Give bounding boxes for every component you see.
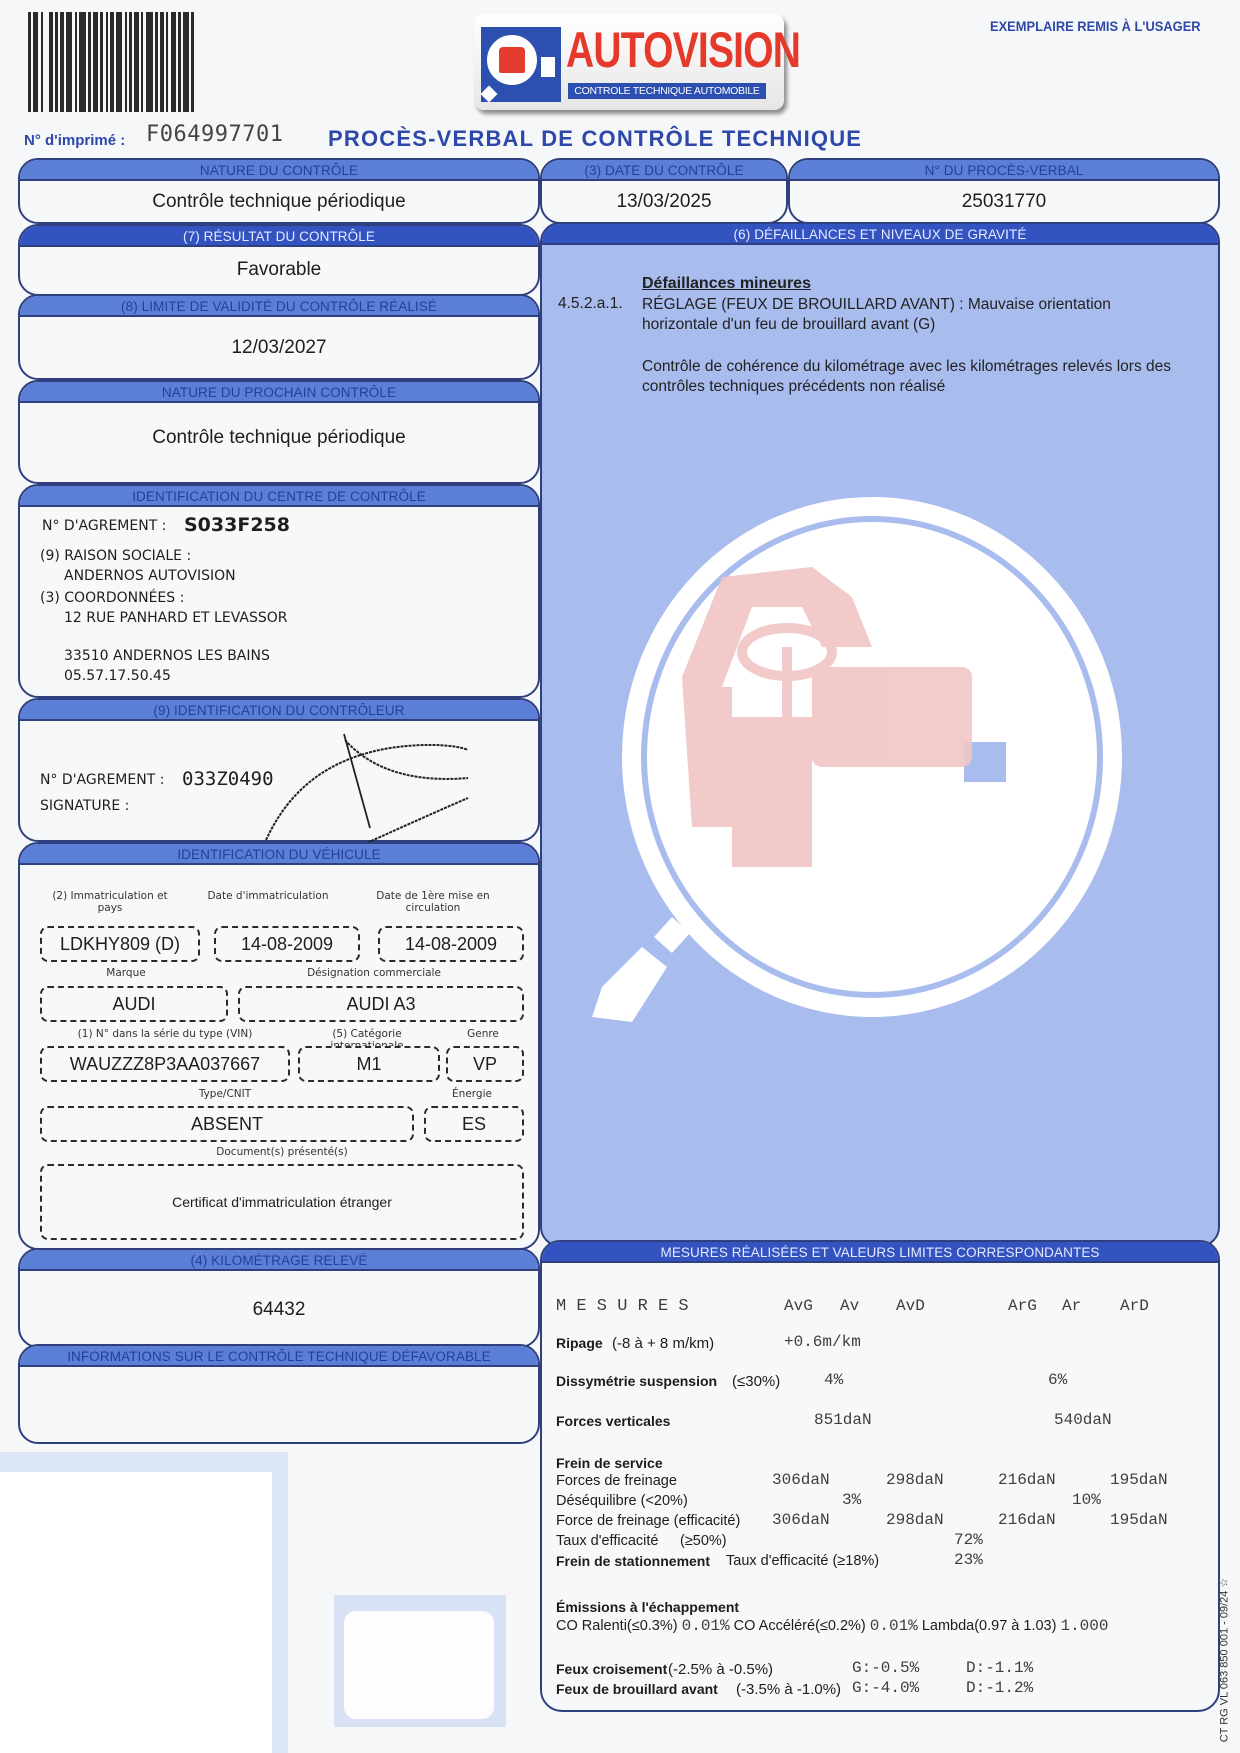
desequilibre-ar: 10% bbox=[1072, 1491, 1101, 1509]
documents-label: Document(s) présenté(s) bbox=[40, 1146, 524, 1158]
frein-stationnement-taux-label: Taux d'efficacité (≥18%) bbox=[726, 1553, 879, 1569]
defaillances-panel: (6) DÉFAILLANCES ET NIVEAUX DE GRAVITÉ bbox=[540, 222, 1220, 1247]
section-header: MESURES RÉALISÉES ET VALEURS LIMITES COR… bbox=[542, 1242, 1218, 1263]
vin-label: (1) N° dans la série du type (VIN) bbox=[40, 1028, 290, 1040]
feux-croisement-g: G:-0.5% bbox=[852, 1659, 919, 1677]
date-immat-label: Date d'immatriculation bbox=[196, 890, 340, 902]
col-avg: AvG bbox=[784, 1297, 813, 1315]
section-header: (9) IDENTIFICATION DU CONTRÔLEUR bbox=[20, 700, 538, 721]
logo-subtitle: CONTROLE TECHNIQUE AUTOMOBILE bbox=[568, 83, 766, 99]
validite-value: 12/03/2027 bbox=[20, 337, 538, 359]
co-accelere-value: 0.01% bbox=[870, 1617, 918, 1635]
dissymetrie-limit: (≤30%) bbox=[732, 1373, 780, 1390]
marque-label: Marque bbox=[40, 967, 212, 979]
emissions-label: Émissions à l'échappement bbox=[556, 1599, 739, 1615]
frein-stationnement-label: Frein de stationnement bbox=[556, 1553, 710, 1569]
co-ralenti-value: 0.01% bbox=[682, 1617, 730, 1635]
envelope-window-inner bbox=[344, 1611, 494, 1719]
forces-verticales-label: Forces verticales bbox=[556, 1413, 670, 1429]
section-header: NATURE DU CONTRÔLE bbox=[20, 160, 538, 181]
kilometrage-value: 64432 bbox=[20, 1299, 538, 1321]
feux-croisement-label: Feux croisement bbox=[556, 1661, 667, 1677]
vin-field: WAUZZZ8P3AA037667 bbox=[40, 1046, 290, 1082]
prochain-controle-value: Contrôle technique périodique bbox=[20, 427, 538, 449]
vehicule-box: IDENTIFICATION DU VÉHICULE (2) Immatricu… bbox=[18, 842, 540, 1250]
energie-label: Énergie bbox=[420, 1088, 524, 1100]
genre-field: VP bbox=[446, 1046, 524, 1082]
col-ar: Ar bbox=[1062, 1297, 1081, 1315]
numero-pv-value: 25031770 bbox=[790, 191, 1218, 213]
autovision-logo: AUTOVISION CONTROLE TECHNIQUE AUTOMOBILE bbox=[474, 14, 784, 110]
dissymetrie-ar: 6% bbox=[1048, 1371, 1067, 1389]
col-avd: AvD bbox=[896, 1297, 925, 1315]
magnifier-car-watermark-icon bbox=[572, 497, 1212, 1057]
date-controle-value: 13/03/2025 bbox=[542, 191, 786, 213]
section-header: (8) LIMITE DE VALIDITÉ DU CONTRÔLE RÉALI… bbox=[20, 296, 538, 317]
lambda-label: Lambda(0.97 à 1.03) bbox=[922, 1618, 1057, 1634]
co-accelere-label: CO Accéléré(≤0.2%) bbox=[734, 1618, 866, 1634]
section-header: (3) DATE DU CONTRÔLE bbox=[542, 160, 786, 181]
section-header: NATURE DU PROCHAIN CONTRÔLE bbox=[20, 382, 538, 403]
designation-field: AUDI A3 bbox=[238, 986, 524, 1022]
feux-brouillard-limit: (-3.5% à -1.0%) bbox=[736, 1681, 841, 1698]
defects-note: Contrôle de cohérence du kilométrage ave… bbox=[642, 357, 1182, 397]
desequilibre-av: 3% bbox=[842, 1491, 861, 1509]
date-mec-label: Date de 1ère mise en circulation bbox=[366, 890, 500, 914]
raison-sociale-value: ANDERNOS AUTOVISION bbox=[64, 568, 236, 584]
designation-label: Désignation commerciale bbox=[224, 967, 524, 979]
efficacite-force-ard: 195daN bbox=[1110, 1511, 1168, 1529]
genre-label: Genre bbox=[442, 1028, 524, 1040]
address-line2: 33510 ANDERNOS LES BAINS bbox=[64, 648, 270, 664]
force-freinage-avd: 298daN bbox=[886, 1471, 944, 1489]
efficacite-force-avg: 306daN bbox=[772, 1511, 830, 1529]
taux-efficacite-limit: (≥50%) bbox=[680, 1533, 727, 1549]
prochain-controle-box: NATURE DU PROCHAIN CONTRÔLE Contrôle tec… bbox=[18, 380, 540, 484]
feux-croisement-d: D:-1.1% bbox=[966, 1659, 1033, 1677]
energie-field: ES bbox=[424, 1106, 524, 1142]
efficacite-force-avd: 298daN bbox=[886, 1511, 944, 1529]
coordonnees-label: (3) COORDONNÉES : bbox=[40, 590, 184, 606]
dissymetrie-label: Dissymétrie suspension bbox=[556, 1373, 717, 1389]
section-header: (4) KILOMÉTRAGE RELEVÉ bbox=[20, 1250, 538, 1271]
frein-stationnement-value: 23% bbox=[954, 1551, 983, 1569]
col-ard: ArD bbox=[1120, 1297, 1149, 1315]
cnit-label: Type/CNIT bbox=[40, 1088, 410, 1100]
documents-field: Certificat d'immatriculation étranger bbox=[40, 1164, 524, 1240]
kilometrage-box: (4) KILOMÉTRAGE RELEVÉ 64432 bbox=[18, 1248, 540, 1348]
feux-brouillard-g: G:-4.0% bbox=[852, 1679, 919, 1697]
forces-verticales-av: 851daN bbox=[814, 1411, 872, 1429]
address-line1: 12 RUE PANHARD ET LEVASSOR bbox=[64, 610, 287, 626]
mesures-heading: M E S U R E S bbox=[556, 1297, 689, 1316]
section-header: (7) RÉSULTAT DU CONTRÔLE bbox=[20, 226, 538, 247]
categorie-field: M1 bbox=[298, 1046, 440, 1082]
immat-field: LDKHY809 (D) bbox=[40, 926, 200, 962]
taux-efficacite-label: Taux d'efficacité bbox=[556, 1533, 658, 1549]
defavorable-box: INFORMATIONS SUR LE CONTRÔLE TECHNIQUE D… bbox=[18, 1344, 540, 1444]
stamp-area bbox=[0, 1452, 288, 1753]
signature-label: SIGNATURE : bbox=[40, 798, 129, 814]
desequilibre-label: Déséquilibre (<20%) bbox=[556, 1493, 688, 1509]
co-ralenti-label: CO Ralenti(≤0.3%) bbox=[556, 1618, 678, 1634]
taux-efficacite-value: 72% bbox=[954, 1531, 983, 1549]
controleur-agrement-label: N° D'AGREMENT : bbox=[40, 772, 164, 788]
envelope-window bbox=[334, 1595, 506, 1727]
date-immat-field: 14-08-2009 bbox=[214, 926, 360, 962]
magnifier-car-icon bbox=[481, 27, 561, 102]
marque-field: AUDI bbox=[40, 986, 228, 1022]
feux-brouillard-d: D:-1.2% bbox=[966, 1679, 1033, 1697]
section-header: IDENTIFICATION DU VÉHICULE bbox=[20, 844, 538, 865]
ripage-label: Ripage bbox=[556, 1335, 603, 1351]
nature-controle-value: Contrôle technique périodique bbox=[20, 191, 538, 213]
defect-code: 4.5.2.a.1. bbox=[558, 295, 623, 313]
resultat-box: (7) RÉSULTAT DU CONTRÔLE Favorable bbox=[18, 224, 540, 296]
nature-controle-box: NATURE DU CONTRÔLE Contrôle technique pé… bbox=[18, 158, 540, 224]
efficacite-force-label: Force de freinage (efficacité) bbox=[556, 1513, 740, 1529]
copy-label: EXEMPLAIRE REMIS À L'USAGER bbox=[990, 18, 1201, 34]
col-arg: ArG bbox=[1008, 1297, 1037, 1315]
force-freinage-avg: 306daN bbox=[772, 1471, 830, 1489]
section-header: N° DU PROCÈS-VERBAL bbox=[790, 160, 1218, 181]
forces-freinage-label: Forces de freinage bbox=[556, 1473, 677, 1489]
defect-description: RÉGLAGE (FEUX DE BROUILLARD AVANT) : Mau… bbox=[642, 295, 1182, 335]
barcode bbox=[28, 12, 304, 112]
signature-mark bbox=[260, 728, 500, 848]
section-header: IDENTIFICATION DU CENTRE DE CONTRÔLE bbox=[20, 486, 538, 507]
feux-croisement-limit: (-2.5% à -0.5%) bbox=[668, 1661, 773, 1678]
validite-box: (8) LIMITE DE VALIDITÉ DU CONTRÔLE RÉALI… bbox=[18, 294, 540, 380]
date-controle-box: (3) DATE DU CONTRÔLE 13/03/2025 bbox=[540, 158, 788, 224]
section-header: INFORMATIONS SUR LE CONTRÔLE TECHNIQUE D… bbox=[20, 1346, 538, 1367]
centre-box: IDENTIFICATION DU CENTRE DE CONTRÔLE N° … bbox=[18, 484, 540, 698]
cnit-field: ABSENT bbox=[40, 1106, 414, 1142]
page-title: PROCÈS-VERBAL DE CONTRÔLE TECHNIQUE bbox=[328, 126, 862, 152]
centre-agrement-label: N° D'AGREMENT : bbox=[42, 518, 166, 534]
ripage-value: +0.6m/km bbox=[784, 1333, 861, 1351]
immat-label: (2) Immatriculation et pays bbox=[40, 890, 180, 914]
feux-brouillard-label: Feux de brouillard avant bbox=[556, 1681, 718, 1697]
mesures-panel: MESURES RÉALISÉES ET VALEURS LIMITES COR… bbox=[540, 1240, 1220, 1712]
stamp-area-inner bbox=[0, 1472, 272, 1753]
form-code: CT RG VL 063 850 001 - 09/24 ☆ bbox=[1214, 1580, 1234, 1740]
numero-pv-box: N° DU PROCÈS-VERBAL 25031770 bbox=[788, 158, 1220, 224]
efficacite-force-arg: 216daN bbox=[998, 1511, 1056, 1529]
defects-category: Défaillances mineures bbox=[642, 275, 811, 293]
force-freinage-arg: 216daN bbox=[998, 1471, 1056, 1489]
frein-service-label: Frein de service bbox=[556, 1455, 663, 1471]
forces-verticales-ar: 540daN bbox=[1054, 1411, 1112, 1429]
lambda-value: 1.000 bbox=[1060, 1617, 1108, 1635]
resultat-value: Favorable bbox=[20, 259, 538, 281]
force-freinage-ard: 195daN bbox=[1110, 1471, 1168, 1489]
centre-agrement-value: S033F258 bbox=[184, 514, 290, 536]
col-av: Av bbox=[840, 1297, 859, 1315]
imprime-number: F064997701 bbox=[146, 122, 283, 147]
ripage-limit: (-8 à + 8 m/km) bbox=[612, 1335, 714, 1352]
imprime-label: N° d'imprimé : bbox=[24, 132, 125, 149]
date-mec-field: 14-08-2009 bbox=[378, 926, 524, 962]
phone-number: 05.57.17.50.45 bbox=[64, 668, 171, 684]
dissymetrie-av: 4% bbox=[824, 1371, 843, 1389]
raison-sociale-label: (9) RAISON SOCIALE : bbox=[40, 548, 191, 564]
form-code-text: CT RG VL 063 850 001 - 09/24 ☆ bbox=[1218, 1578, 1231, 1743]
logo-brand-name: AUTOVISION bbox=[566, 22, 800, 78]
section-header: (6) DÉFAILLANCES ET NIVEAUX DE GRAVITÉ bbox=[542, 224, 1218, 245]
emissions-row: CO Ralenti(≤0.3%) 0.01% CO Accéléré(≤0.2… bbox=[556, 1617, 1108, 1635]
